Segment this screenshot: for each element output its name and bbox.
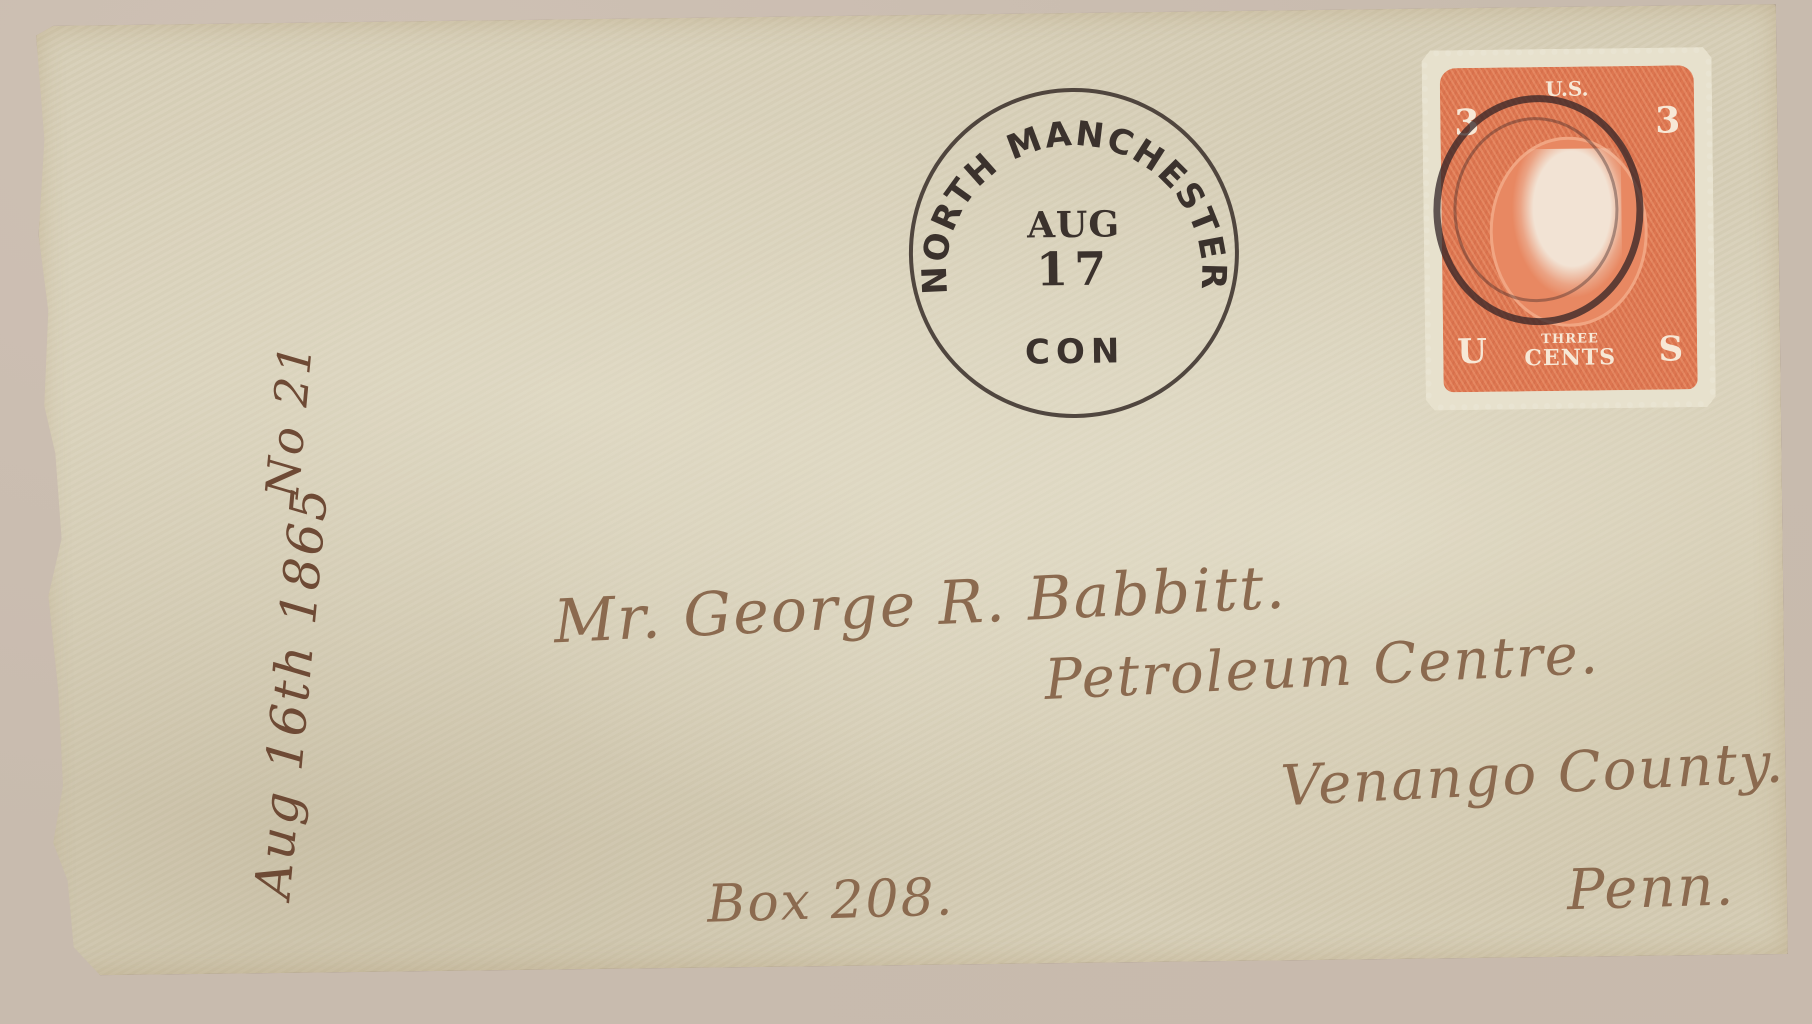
margin-note-date: Aug 16th 1865 <box>244 483 340 901</box>
address-box: Box 208. <box>706 867 955 934</box>
envelope: NORTH MANCHESTER AUG 17 CON U.S. 3 3 THR… <box>36 4 1788 976</box>
address-county: Venango County. <box>1279 730 1786 819</box>
margin-note-number: No 21 <box>255 340 323 500</box>
postmark: NORTH MANCHESTER AUG 17 CON <box>907 86 1241 420</box>
postmark-state: CON <box>914 330 1236 374</box>
stamp-top-text: U.S. <box>1440 75 1694 102</box>
address-town: Petroleum Centre. <box>1043 622 1601 713</box>
address-state: Penn. <box>1566 853 1736 923</box>
postmark-day: 17 <box>913 240 1236 298</box>
stamp-bottom-right: S <box>1658 329 1683 369</box>
stamp-bottom-left: U <box>1457 332 1487 372</box>
stamp-corner-right: 3 <box>1655 99 1681 141</box>
